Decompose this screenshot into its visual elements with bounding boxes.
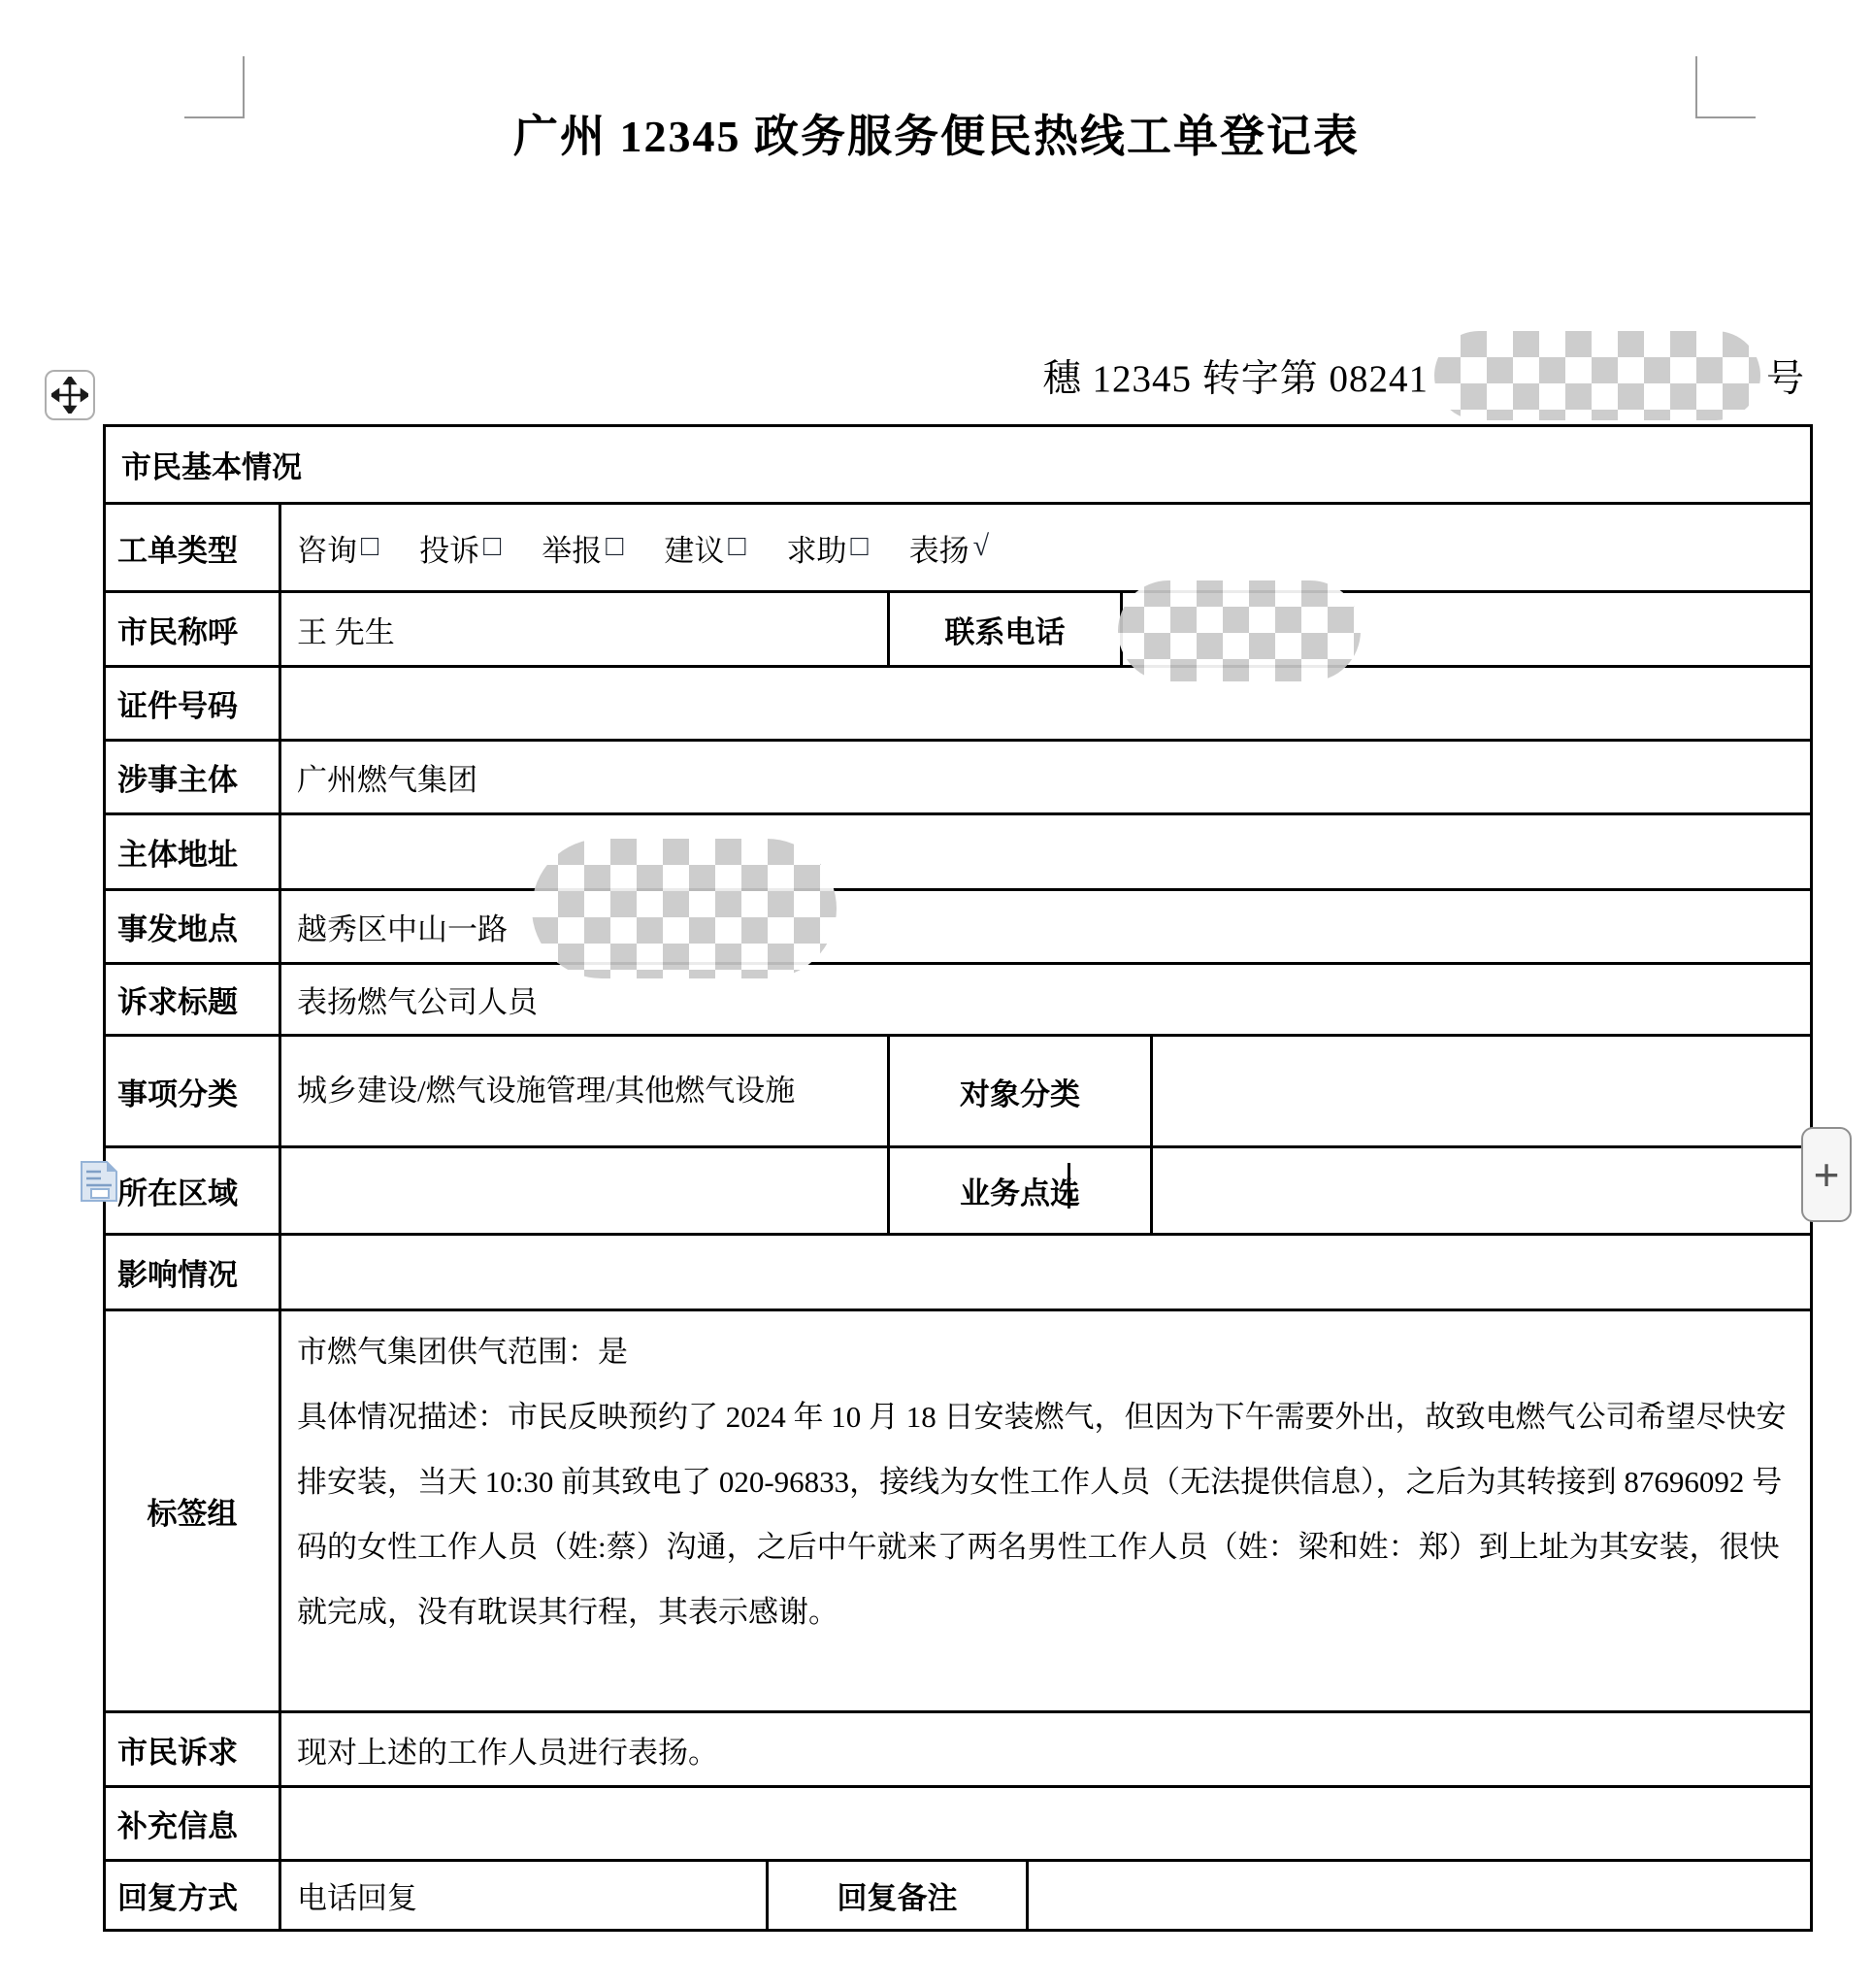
redaction-street-address <box>532 839 837 978</box>
tag-group-value[interactable]: 市燃气集团供气范围：是 具体情况描述：市民反映预约了 2024 年 10 月 1… <box>279 1311 1810 1710</box>
redaction-reference-number <box>1434 331 1760 420</box>
word-document-canvas: { "doc": { "title": "广州 12345 政务服务便民热线工单… <box>0 0 1873 1988</box>
reply-method-value[interactable]: 电话回复 <box>279 1862 766 1929</box>
option-complaint[interactable]: 投诉□ <box>419 526 501 570</box>
reference-prefix: 穗 12345 转字第 08241 <box>1043 348 1429 403</box>
reply-note-value[interactable] <box>1026 1862 1810 1929</box>
tag-group-label: 标签组 <box>106 1311 279 1710</box>
table-move-handle[interactable] <box>45 370 95 420</box>
impact-value[interactable] <box>279 1236 1810 1309</box>
section-header-cell: 市民基本情况 <box>106 427 1810 502</box>
table-row-section-header: 市民基本情况 <box>106 427 1810 505</box>
citizen-name-label: 市民称呼 <box>106 593 279 665</box>
option-suggestion[interactable]: 建议□ <box>664 526 745 570</box>
checkbox-help[interactable]: □ <box>851 530 869 563</box>
table-row-id-number: 证件号码 <box>106 668 1810 742</box>
reference-suffix: 号 <box>1766 348 1805 403</box>
supplementary-value[interactable] <box>279 1788 1810 1859</box>
table-row-matter-category: 事项分类 城乡建设/燃气设施管理/其他燃气设施 对象分类 <box>106 1037 1810 1148</box>
text-cursor <box>1068 1163 1070 1209</box>
entity-address-value[interactable] <box>279 815 1810 888</box>
checkbox-suggestion[interactable]: □ <box>728 530 745 563</box>
reply-note-label: 回复备注 <box>766 1862 1026 1929</box>
table-row-incident-location: 事发地点 越秀区中山一路 <box>106 891 1810 965</box>
entity-address-label: 主体地址 <box>106 815 279 888</box>
matter-category-value[interactable]: 城乡建设/燃气设施管理/其他燃气设施 <box>279 1037 887 1145</box>
checkbox-report[interactable]: □ <box>606 530 623 563</box>
table-row-citizen-request: 市民诉求 现对上述的工作人员进行表扬。 <box>106 1713 1810 1788</box>
option-praise[interactable]: 表扬√ <box>909 526 989 570</box>
object-category-value[interactable] <box>1150 1037 1810 1145</box>
table-row-entity-address: 主体地址 <box>106 815 1810 891</box>
document-icon <box>80 1160 118 1203</box>
table-row-request-title: 诉求标题 表扬燃气公司人员 <box>106 965 1810 1037</box>
table-row-impact: 影响情况 <box>106 1236 1810 1311</box>
id-number-value[interactable] <box>279 668 1810 739</box>
table-row-order-type: 工单类型 咨询□ 投诉□ 举报□ 建议□ 求助□ 表扬√ <box>106 505 1810 593</box>
table-row-tag-group: 标签组 市燃气集团供气范围：是 具体情况描述：市民反映预约了 2024 年 10… <box>106 1311 1810 1713</box>
impact-label: 影响情况 <box>106 1236 279 1309</box>
option-consult[interactable]: 咨询□ <box>297 526 378 570</box>
document-title: 广州 12345 政务服务便民热线工单登记表 <box>0 101 1873 165</box>
contact-phone-label: 联系电话 <box>887 593 1120 665</box>
object-category-label: 对象分类 <box>887 1037 1150 1145</box>
reply-method-label: 回复方式 <box>106 1862 279 1929</box>
table-add-button[interactable]: + <box>1801 1127 1852 1222</box>
table-row-region: 所在区域 业务点选 <box>106 1148 1810 1236</box>
table-row-supplementary: 补充信息 <box>106 1788 1810 1862</box>
redaction-phone-number <box>1118 580 1361 681</box>
business-point-label: 业务点选 <box>887 1148 1150 1233</box>
table-row-reply-method: 回复方式 电话回复 回复备注 <box>106 1862 1810 1929</box>
supplementary-label: 补充信息 <box>106 1788 279 1859</box>
checkbox-complaint[interactable]: □ <box>483 530 501 563</box>
table-row-citizen-name: 市民称呼 王 先生 联系电话 <box>106 593 1810 668</box>
citizen-name-value[interactable]: 王 先生 <box>279 593 887 665</box>
checkmark-praise[interactable]: √ <box>973 530 989 563</box>
involved-entity-label: 涉事主体 <box>106 742 279 812</box>
citizen-request-value[interactable]: 现对上述的工作人员进行表扬。 <box>279 1713 1810 1785</box>
matter-category-label: 事项分类 <box>106 1037 279 1145</box>
business-point-value[interactable] <box>1150 1148 1810 1233</box>
reference-number-line: 穗 12345 转字第 08241 号 <box>1043 328 1805 423</box>
request-title-label: 诉求标题 <box>106 965 279 1034</box>
region-label: 所在区域 <box>106 1148 279 1233</box>
order-type-options-cell[interactable]: 咨询□ 投诉□ 举报□ 建议□ 求助□ 表扬√ <box>279 505 1810 590</box>
checkbox-consult[interactable]: □ <box>361 530 378 563</box>
region-value[interactable] <box>279 1148 887 1233</box>
work-order-table: 市民基本情况 工单类型 咨询□ 投诉□ 举报□ 建议□ 求助□ 表扬√ 市民称呼… <box>103 424 1813 1932</box>
citizen-request-label: 市民诉求 <box>106 1713 279 1785</box>
comment-document-icon[interactable] <box>80 1160 118 1208</box>
order-type-label: 工单类型 <box>106 505 279 590</box>
id-number-label: 证件号码 <box>106 668 279 739</box>
incident-location-value[interactable]: 越秀区中山一路 <box>279 891 1810 962</box>
option-report[interactable]: 举报□ <box>542 526 623 570</box>
involved-entity-value[interactable]: 广州燃气集团 <box>279 742 1810 812</box>
request-title-value[interactable]: 表扬燃气公司人员 <box>279 965 1810 1034</box>
option-help[interactable]: 求助□ <box>787 526 869 570</box>
incident-location-label: 事发地点 <box>106 891 279 962</box>
table-row-involved-entity: 涉事主体 广州燃气集团 <box>106 742 1810 815</box>
move-arrows-icon <box>51 377 88 414</box>
